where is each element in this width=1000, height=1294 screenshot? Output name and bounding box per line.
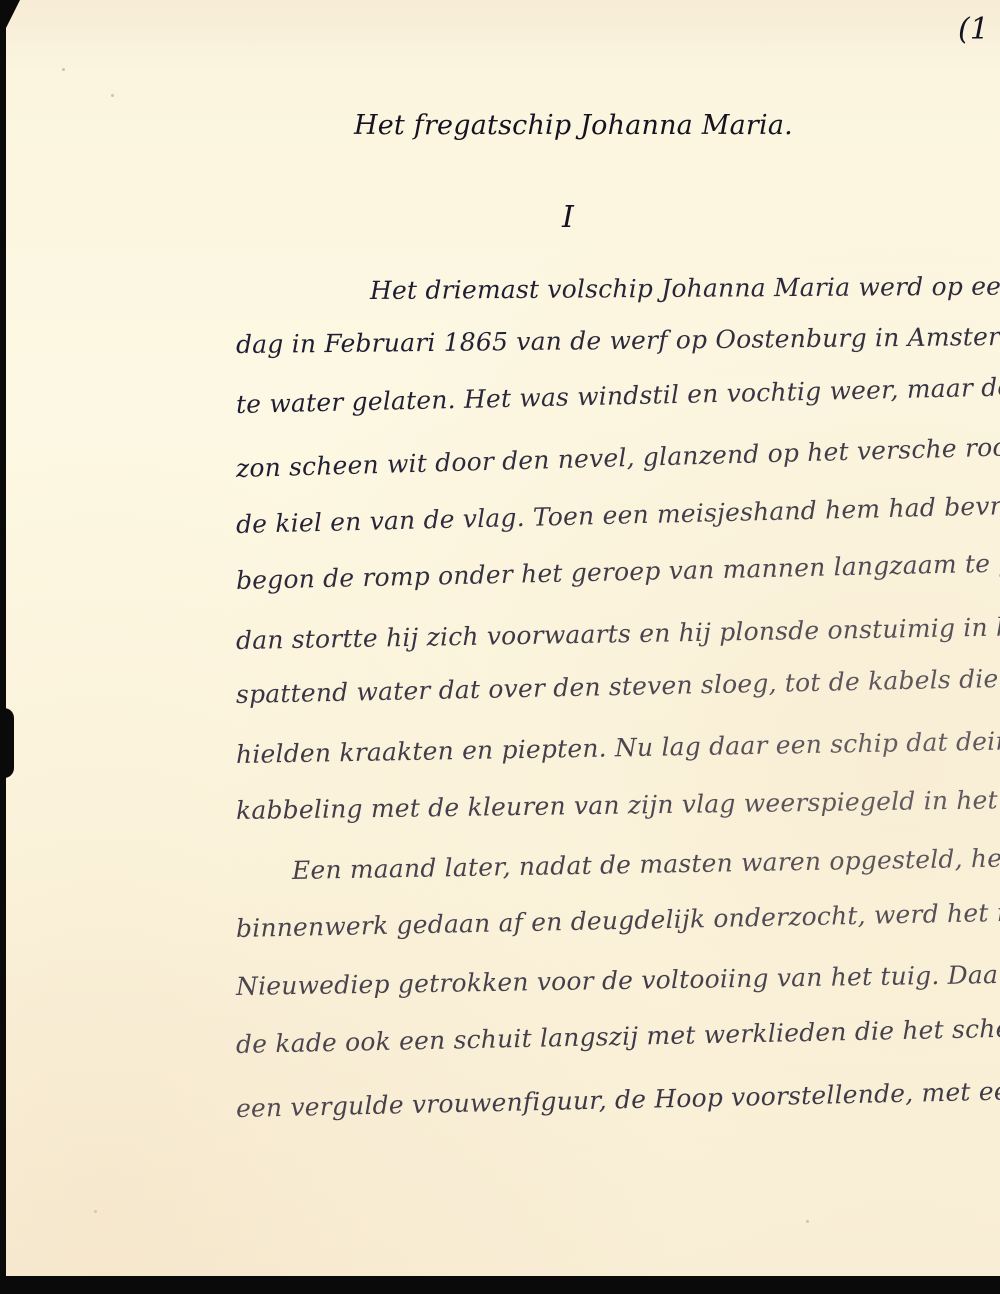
page-title: Het fregatschip Johanna Maria. [354, 110, 793, 141]
manuscript-page: (1 Het fregatschip Johanna Maria. I Het … [6, 0, 1000, 1276]
text-line: spattend water dat over den steven sloeg… [236, 663, 1000, 709]
text-line: hielden kraakten en piepten. Nu lag daar… [236, 725, 1000, 769]
text-line: begon de romp onder het geroep van manne… [236, 547, 1000, 595]
text-line: binnenwerk gedaan af en deugdelijk onder… [236, 896, 1000, 943]
text-line: te water gelaten. Het was windstil en vo… [236, 372, 1000, 419]
text-line: Het driemast volschip Johanna Maria werd… [370, 271, 1000, 305]
text-line: zon scheen wit door den nevel, glanzend … [236, 431, 1000, 483]
paper-spot [62, 68, 65, 71]
scan-edge-shadow [0, 708, 14, 778]
text-line: dan stortte hij zich voorwaarts en hij p… [236, 611, 1000, 655]
text-line: de kiel en van de vlag. Toen een meisjes… [236, 490, 1000, 538]
text-line: Nieuwediep getrokken voor de voltooiing … [236, 958, 1000, 1001]
text-line: een vergulde vrouwenfiguur, de Hoop voor… [236, 1071, 1000, 1123]
chapter-numeral: I [562, 200, 574, 235]
text-line: de kade ook een schuit langszij met werk… [236, 1010, 1000, 1059]
paper-spot [806, 1220, 809, 1223]
text-line: Een maand later, nadat de masten waren o… [292, 844, 1000, 885]
paper-spot [111, 94, 114, 97]
text-line: dag in Februari 1865 van de werf op Oost… [236, 322, 1000, 359]
paper-spot [94, 1210, 97, 1213]
text-line: kabbeling met de kleuren van zijn vlag w… [236, 785, 1000, 825]
page-number: (1 [958, 12, 989, 47]
